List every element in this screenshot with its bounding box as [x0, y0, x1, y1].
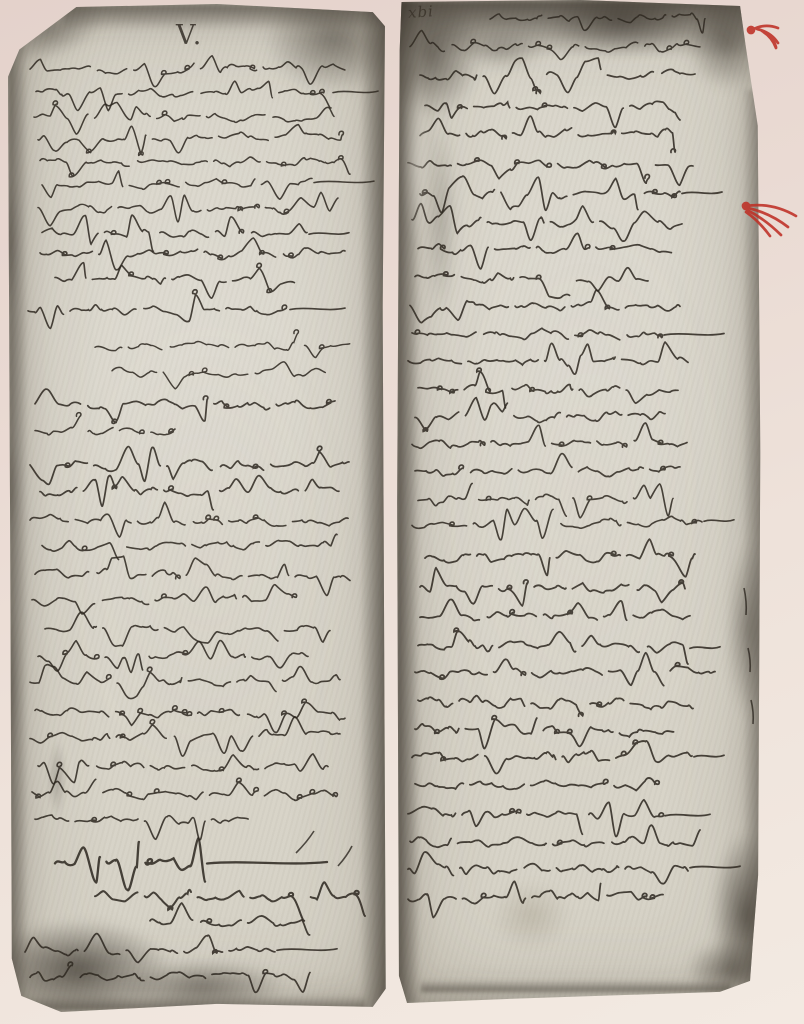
handwriting-line — [42, 215, 349, 251]
handwriting-line — [418, 484, 673, 518]
handwriting-line — [35, 556, 350, 595]
margin-stroke — [338, 846, 352, 866]
handwriting-line — [35, 413, 175, 435]
handwriting-line — [38, 641, 308, 673]
handwriting-line — [415, 653, 715, 686]
handwriting-line — [30, 502, 348, 537]
handwriting-line — [95, 882, 365, 921]
handwriting-line — [42, 534, 337, 559]
handwriting-line — [150, 903, 310, 935]
handwriting-line — [35, 389, 335, 423]
handwriting-line — [95, 330, 350, 358]
handwriting-line — [418, 368, 678, 408]
handwriting-line — [112, 362, 325, 389]
handwriting-line — [30, 56, 345, 87]
handwriting-line — [415, 268, 648, 299]
handwriting-line — [32, 778, 337, 800]
handwriting-line — [418, 628, 720, 664]
handwriting-line — [408, 342, 688, 374]
handwriting-line — [40, 156, 350, 177]
handwriting-line — [408, 852, 740, 884]
handwriting-line — [408, 158, 693, 185]
margin-stroke — [748, 648, 750, 672]
handwriting-line — [55, 263, 294, 299]
handwriting-line — [490, 13, 705, 33]
handwriting-line — [30, 962, 310, 992]
handwriting-line — [412, 740, 724, 773]
handwriting-line — [415, 778, 659, 791]
handwriting-line — [25, 934, 337, 963]
right-page-handwriting — [396, 0, 764, 1006]
handwriting-line — [418, 696, 693, 717]
handwriting-line — [40, 475, 339, 509]
handwriting-line — [40, 238, 345, 270]
handwriting-line — [425, 539, 695, 577]
handwriting-line — [420, 58, 695, 94]
handwriting-line — [408, 800, 710, 837]
handwriting-line — [425, 101, 680, 127]
handwriting-line — [420, 599, 690, 620]
left-page-handwriting — [8, 4, 388, 1014]
handwriting-line — [410, 290, 680, 323]
handwriting-line — [30, 717, 340, 756]
handwriting-line — [35, 699, 345, 732]
handwriting-line — [412, 423, 687, 448]
margin-stroke — [296, 831, 314, 853]
handwriting-line — [34, 101, 334, 134]
handwriting-line — [412, 328, 724, 340]
handwriting-line — [30, 665, 340, 699]
margin-stroke — [751, 700, 753, 724]
manuscript-photo: V. xbi — [0, 0, 804, 1024]
handwriting-line — [420, 568, 685, 606]
handwriting-line — [28, 290, 345, 329]
handwriting-line — [420, 116, 675, 152]
handwriting-line — [412, 509, 734, 540]
handwriting-line — [32, 585, 297, 614]
handwriting-line — [415, 454, 680, 477]
handwriting-line — [36, 81, 378, 110]
red-pen-stroke-top-right — [748, 26, 778, 48]
handwriting-line — [38, 754, 328, 784]
right-page: xbi — [396, 0, 764, 1006]
handwriting-line — [38, 125, 343, 156]
handwriting-line — [418, 233, 671, 268]
handwriting-line — [38, 192, 338, 225]
left-page: V. — [8, 4, 388, 1014]
handwriting-line — [55, 838, 327, 890]
handwriting-line — [408, 881, 663, 917]
handwriting-line — [45, 612, 330, 646]
handwriting-line — [42, 171, 374, 199]
margin-stroke — [744, 588, 746, 615]
handwriting-line — [410, 31, 700, 60]
handwriting-line — [30, 446, 349, 484]
handwriting-line — [410, 825, 700, 847]
handwriting-line — [35, 815, 248, 840]
